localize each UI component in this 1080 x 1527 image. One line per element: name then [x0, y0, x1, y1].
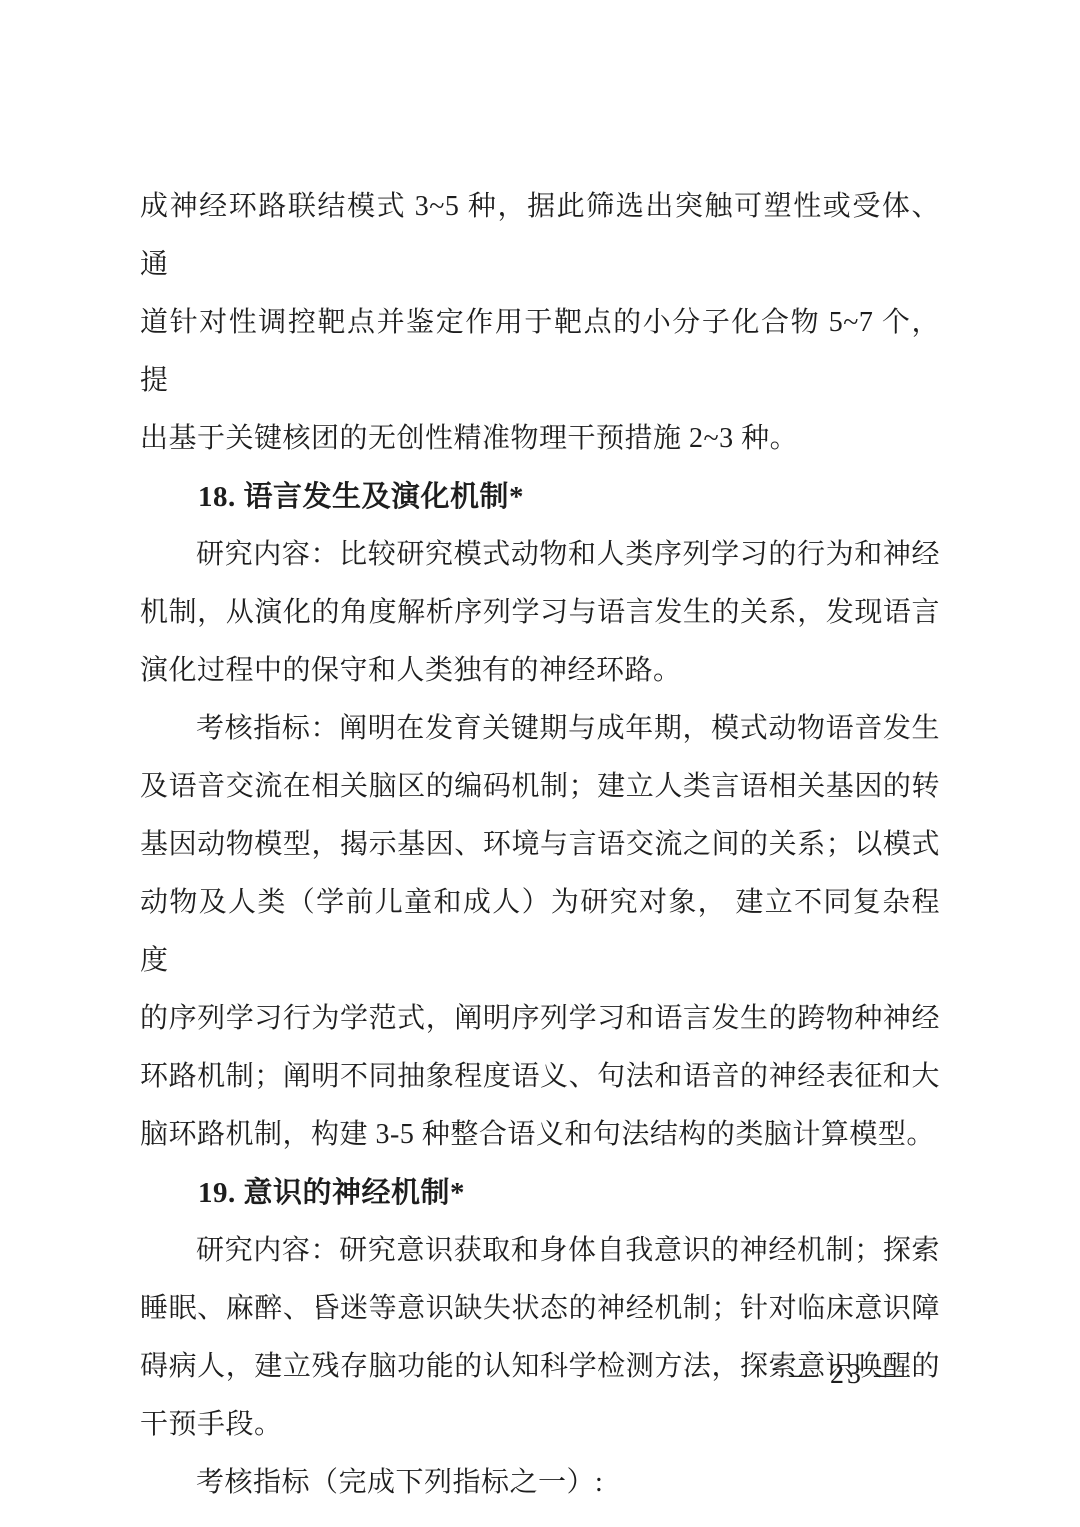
- page-number: — 23 —: [789, 1358, 905, 1392]
- section-18-assessment-indicators: 考核指标：阐明在发育关键期与成年期，模式动物语音发生 及语音交流在相关脑区的编码…: [140, 700, 940, 1164]
- text-line: 基因动物模型，揭示基因、环境与言语交流之间的关系；以模式: [140, 816, 940, 874]
- section-19-assessment-indicators-intro: 考核指标（完成下列指标之一）:: [140, 1454, 940, 1512]
- section-18: 18. 语言发生及演化机制*: [140, 468, 940, 526]
- text-line: 考核指标：阐明在发育关键期与成年期，模式动物语音发生: [140, 700, 940, 758]
- section-19-research-content: 研究内容：研究意识获取和身体自我意识的神经机制；探索 睡眠、麻醉、昏迷等意识缺失…: [140, 1222, 940, 1454]
- document-text-block: 成神经环路联结模式 3~5 种，据此筛选出突触可塑性或受体、通 道针对性调控靶点…: [140, 178, 940, 1512]
- section-19: 19. 意识的神经机制*: [140, 1164, 940, 1222]
- text-line: 道针对性调控靶点并鉴定作用于靶点的小分子化合物 5~7 个，提: [140, 294, 940, 410]
- document-page: 成神经环路联结模式 3~5 种，据此筛选出突触可塑性或受体、通 道针对性调控靶点…: [0, 0, 1080, 1527]
- text-line: 及语音交流在相关脑区的编码机制；建立人类言语相关基因的转: [140, 758, 940, 816]
- text-line: 动物及人类（学前儿童和成人）为研究对象， 建立不同复杂程度: [140, 874, 940, 990]
- section-18-research-content: 研究内容：比较研究模式动物和人类序列学习的行为和神经 机制，从演化的角度解析序列…: [140, 526, 940, 700]
- section-18-heading: 18. 语言发生及演化机制*: [140, 468, 940, 526]
- text-line: 环路机制；阐明不同抽象程度语义、句法和语音的神经表征和大: [140, 1048, 940, 1106]
- text-line: 机制，从演化的角度解析序列学习与语言发生的关系，发现语言: [140, 584, 940, 642]
- text-line: 研究内容：研究意识获取和身体自我意识的神经机制；探索: [140, 1222, 940, 1280]
- text-line: 演化过程中的保守和人类独有的神经环路。: [140, 642, 940, 700]
- text-line: 成神经环路联结模式 3~5 种，据此筛选出突触可塑性或受体、通: [140, 178, 940, 294]
- text-line: 干预手段。: [140, 1396, 940, 1454]
- text-line: 考核指标（完成下列指标之一）:: [140, 1454, 940, 1512]
- paragraph-continuation: 成神经环路联结模式 3~5 种，据此筛选出突触可塑性或受体、通 道针对性调控靶点…: [140, 178, 940, 468]
- text-line: 的序列学习行为学范式，阐明序列学习和语言发生的跨物种神经: [140, 990, 940, 1048]
- text-line: 睡眠、麻醉、昏迷等意识缺失状态的神经机制；针对临床意识障: [140, 1280, 940, 1338]
- section-19-heading: 19. 意识的神经机制*: [140, 1164, 940, 1222]
- text-line: 研究内容：比较研究模式动物和人类序列学习的行为和神经: [140, 526, 940, 584]
- text-line: 出基于关键核团的无创性精准物理干预措施 2~3 种。: [140, 410, 940, 468]
- text-line: 脑环路机制，构建 3-5 种整合语义和句法结构的类脑计算模型。: [140, 1106, 940, 1164]
